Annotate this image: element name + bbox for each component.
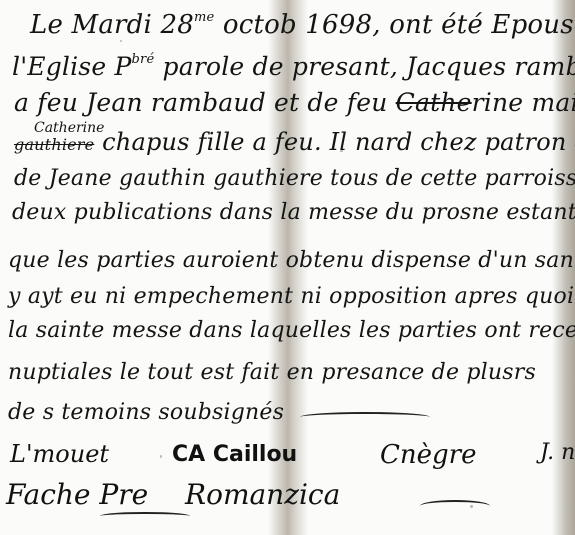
line-text: Le Mardi 28 (30, 10, 194, 40)
line-text: rine maillette (472, 88, 575, 117)
record-line-5: de Jeane gauthin gauthiere tous de cette… (14, 166, 575, 191)
superscript: me (194, 10, 214, 25)
record-line-3: a feu Jean rambaud et de feu Catherine m… (14, 88, 575, 117)
paper-speck (160, 455, 162, 458)
struck-text: Cathe (396, 88, 472, 117)
struck-text: gauthiere (14, 135, 94, 154)
record-line-11: de s temoins soubsignés (8, 400, 284, 425)
line-text: l'Eglise P (12, 52, 132, 81)
record-line-2: l'Eglise Pbré parole de presant, Jacques… (12, 52, 575, 81)
signature-flourish (100, 512, 190, 520)
record-line-1: Le Mardi 28me octob 1698, ont été Epousé… (30, 10, 575, 40)
record-line-7: que les parties auroient obtenu dispense… (8, 248, 575, 273)
paper-speck (120, 40, 122, 42)
line-text: a feu Jean rambaud et de feu (14, 88, 396, 117)
signature: J. ne (540, 440, 575, 465)
signature: L'mouet (10, 440, 109, 468)
signature: Romanzica (185, 478, 340, 511)
line-text: octob 1698, ont été Epousés en fa (214, 10, 575, 40)
line-text: chapus fille a feu. Il nard chez patron … (94, 128, 575, 156)
signature-flourish (420, 500, 490, 512)
signature: Cnègre (380, 440, 476, 470)
record-line-8: y ayt eu ni empechement ni opposition ap… (8, 284, 574, 309)
line-text: parole de presant, Jacques rambaud ma (154, 52, 575, 81)
record-line-10: nuptiales le tout est fait en presance d… (8, 360, 536, 385)
record-line-6: deux publications dans la messe du prosn… (12, 200, 575, 225)
closing-flourish (300, 412, 430, 422)
superscript: bré (132, 52, 155, 67)
record-line-4: gauthiere chapus fille a feu. Il nard ch… (14, 128, 575, 156)
document-page: Le Mardi 28me octob 1698, ont été Epousé… (0, 0, 575, 535)
signature: CA Caillou (172, 442, 297, 467)
record-line-9: la sainte messe dans laquelles les parti… (8, 318, 575, 343)
signature: Fache Pre (6, 478, 148, 511)
